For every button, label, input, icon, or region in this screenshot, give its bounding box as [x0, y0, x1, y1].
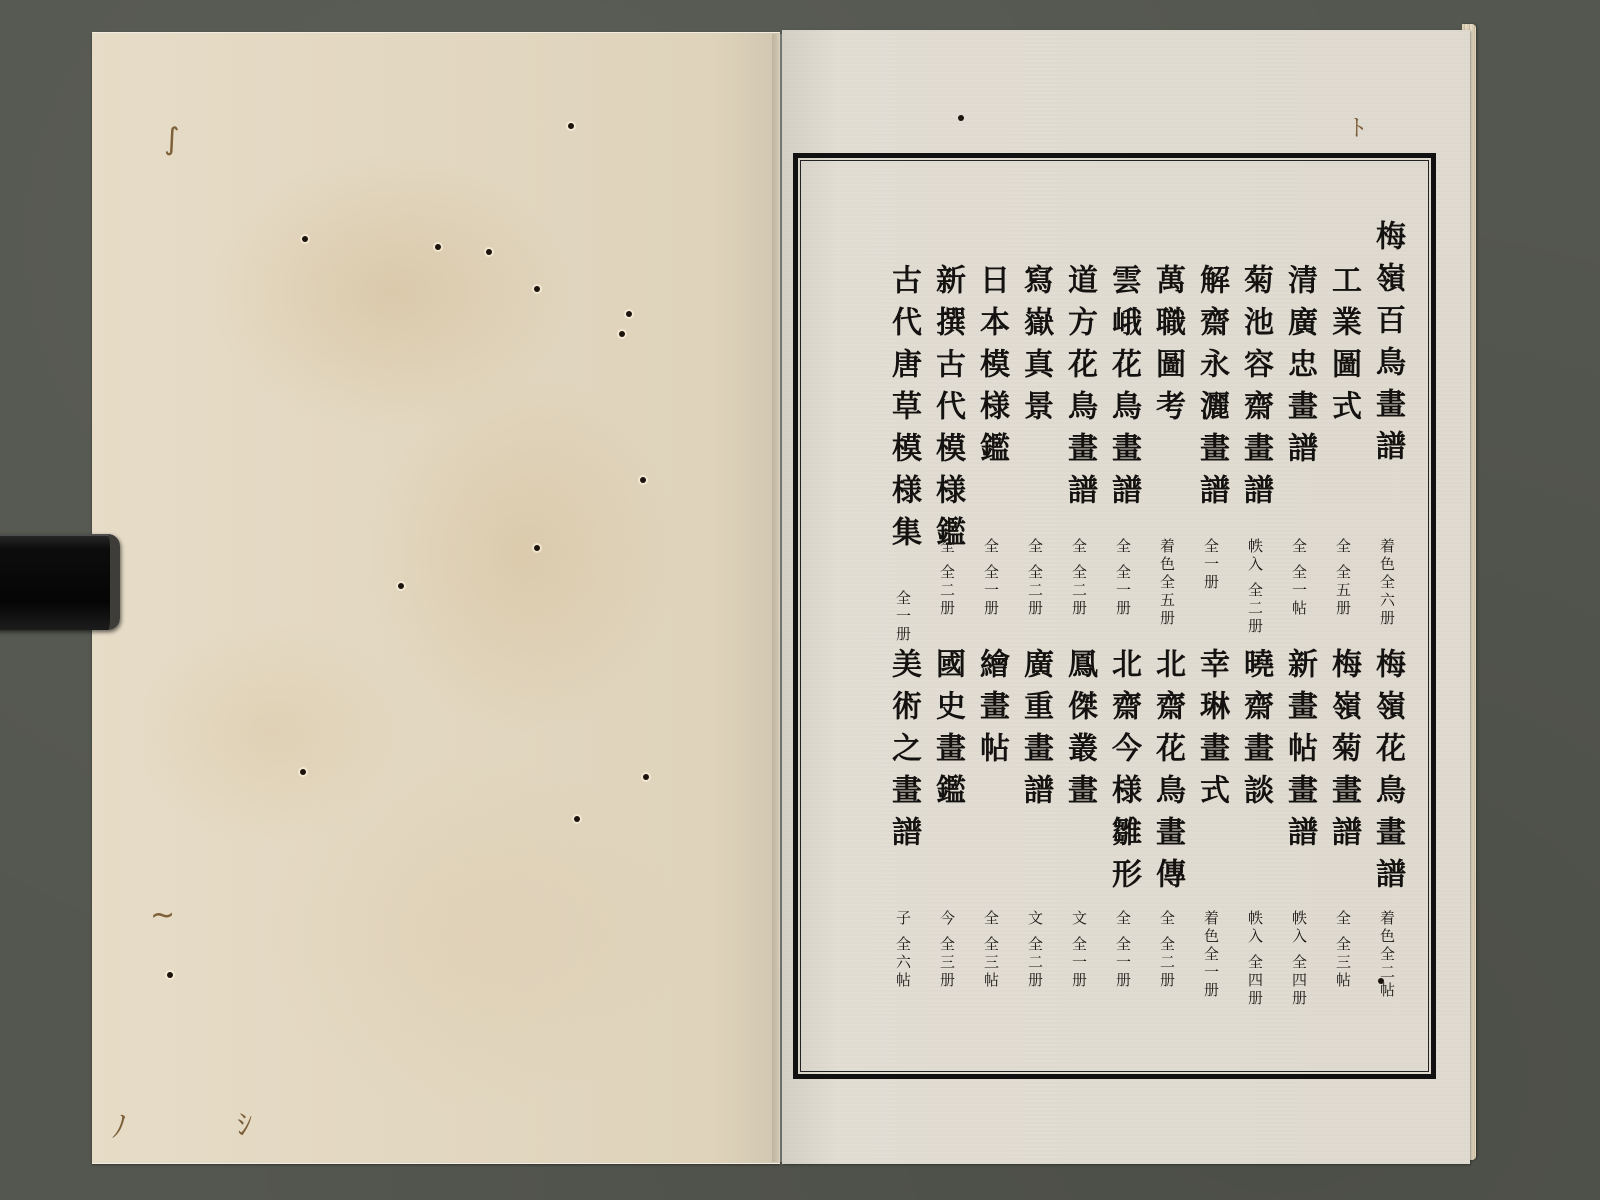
volume-note: 全 全二册 — [925, 538, 969, 618]
book-title: 北齋今様雛形 — [1101, 648, 1145, 900]
volume-note: 着色全二帖 — [1365, 910, 1409, 1000]
black-bookmark-tab — [0, 534, 120, 630]
volume-note: 全一册 — [1189, 538, 1233, 592]
volume-note: 着色全六册 — [1365, 538, 1409, 628]
wormhole — [302, 236, 308, 242]
catalog-column: 寫嶽真景 全 全二册 廣重畫譜 文 全二册 — [1013, 220, 1057, 1050]
book-title: 菊池容齋畫譜 — [1233, 264, 1277, 516]
catalog-column: 日本模様鑑 全 全一册 繪畫帖 全 全三帖 — [969, 220, 1013, 1050]
book-title: 幸琳畫式 — [1189, 648, 1233, 816]
book-title: 曉齋畫談 — [1233, 648, 1277, 816]
wormhole — [568, 123, 574, 129]
wormhole — [486, 249, 492, 255]
catalog-column: 萬職圖考 着色全五册 北齋花鳥畫傳 全 全二册 — [1145, 220, 1189, 1050]
book-title: 道方花鳥畫譜 — [1057, 264, 1101, 516]
volume-note: 全 全五册 — [1321, 538, 1365, 618]
catalog-column: 菊池容齋畫譜 帙入 全二册 曉齋畫談 帙入 全四册 — [1233, 220, 1277, 1050]
volume-note: 子 全六帖 — [881, 910, 925, 990]
wormhole — [619, 331, 625, 337]
book-title: 清廣忠畫譜 — [1277, 264, 1321, 474]
book-title: 古代唐草模様集 — [881, 264, 925, 558]
right-page: ﾄ 梅嶺百鳥畫譜 着色全六册 梅嶺花鳥畫譜 着色全二帖 工業圖式 全 全五册 梅… — [782, 30, 1470, 1164]
wormhole — [534, 286, 540, 292]
book-photo: ∫ ~ ﾉ ｼ ﾄ 梅嶺百鳥畫譜 着色全六册 梅嶺花鳥畫譜 着色全二帖 工業圖式… — [0, 0, 1600, 1200]
volume-note: 全 全二册 — [1057, 538, 1101, 618]
volume-note: 着色全一册 — [1189, 910, 1233, 1000]
book-title: 日本模様鑑 — [969, 264, 1013, 474]
book-title: 繪畫帖 — [969, 648, 1013, 774]
book-title: 工業圖式 — [1321, 264, 1365, 432]
wormhole — [643, 774, 649, 780]
worm-track-stain: ﾄ — [1352, 116, 1364, 140]
book-title: 梅嶺百鳥畫譜 — [1365, 220, 1409, 472]
book-title: 寫嶽真景 — [1013, 264, 1057, 432]
volume-note: 全 全一帖 — [1277, 538, 1321, 618]
volume-note: 全 全一册 — [1101, 538, 1145, 618]
book-title: 國史畫鑑 — [925, 648, 969, 816]
book-title: 解齋永灑畫譜 — [1189, 264, 1233, 516]
volume-note: 全 全一册 — [969, 538, 1013, 618]
volume-note: 全 全三帖 — [1321, 910, 1365, 990]
wormhole — [300, 769, 306, 775]
wormhole — [958, 115, 964, 121]
worm-track-stain: ｼ — [237, 1111, 252, 1141]
catalog-column: 新撰古代模様鑑 全 全二册 國史畫鑑 今 全三册 — [925, 220, 969, 1050]
volume-note: 全 全二册 — [1145, 910, 1189, 990]
book-title: 鳳傑叢畫 — [1057, 648, 1101, 816]
wormhole — [574, 816, 580, 822]
volume-note: 文 全二册 — [1013, 910, 1057, 990]
volume-note: 着色全五册 — [1145, 538, 1189, 628]
volume-note: 帙入 全四册 — [1233, 910, 1277, 1008]
volume-note: 全一册 — [881, 590, 925, 644]
volume-note: 全 全二册 — [1013, 538, 1057, 618]
volume-note: 帙入 全四册 — [1277, 910, 1321, 1008]
worm-track-stain: ∫ — [164, 125, 180, 155]
volume-note: 文 全一册 — [1057, 910, 1101, 990]
wormhole — [534, 545, 540, 551]
catalog-column: 解齋永灑畫譜 全一册 幸琳畫式 着色全一册 — [1189, 220, 1233, 1050]
volume-note: 今 全三册 — [925, 910, 969, 990]
worm-track-stain: ﾉ — [112, 1113, 127, 1143]
wormhole — [640, 477, 646, 483]
volume-note: 全 全一册 — [1101, 910, 1145, 990]
catalog-column: 梅嶺百鳥畫譜 着色全六册 梅嶺花鳥畫譜 着色全二帖 — [1365, 220, 1409, 1050]
left-page: ∫ ~ ﾉ ｼ — [92, 32, 780, 1164]
catalog-column: 雲峨花鳥畫譜 全 全一册 北齋今様雛形 全 全一册 — [1101, 220, 1145, 1050]
wormhole — [398, 583, 404, 589]
wormhole — [626, 311, 632, 317]
volume-note: 帙入 全二册 — [1233, 538, 1277, 636]
wormhole — [435, 244, 441, 250]
catalog-columns: 梅嶺百鳥畫譜 着色全六册 梅嶺花鳥畫譜 着色全二帖 工業圖式 全 全五册 梅嶺菊… — [881, 220, 1409, 1050]
catalog-column: 古代唐草模様集 全一册 美術之畫譜 子 全六帖 — [881, 220, 925, 1050]
book-title: 雲峨花鳥畫譜 — [1101, 264, 1145, 516]
book-title: 美術之畫譜 — [881, 648, 925, 858]
wormhole — [167, 972, 173, 978]
book-title: 梅嶺菊畫譜 — [1321, 648, 1365, 858]
catalog-column: 道方花鳥畫譜 全 全二册 鳳傑叢畫 文 全一册 — [1057, 220, 1101, 1050]
book-title: 新撰古代模様鑑 — [925, 264, 969, 558]
book-title: 廣重畫譜 — [1013, 648, 1057, 816]
catalog-column: 工業圖式 全 全五册 梅嶺菊畫譜 全 全三帖 — [1321, 220, 1365, 1050]
book-title: 梅嶺花鳥畫譜 — [1365, 648, 1409, 900]
book-title: 新畫帖畫譜 — [1277, 648, 1321, 858]
book-title: 萬職圖考 — [1145, 264, 1189, 432]
book-title: 北齋花鳥畫傳 — [1145, 648, 1189, 900]
worm-track-stain: ~ — [150, 901, 175, 931]
catalog-column: 清廣忠畫譜 全 全一帖 新畫帖畫譜 帙入 全四册 — [1277, 220, 1321, 1050]
volume-note: 全 全三帖 — [969, 910, 1013, 990]
printed-border-frame: 梅嶺百鳥畫譜 着色全六册 梅嶺花鳥畫譜 着色全二帖 工業圖式 全 全五册 梅嶺菊… — [793, 153, 1436, 1079]
